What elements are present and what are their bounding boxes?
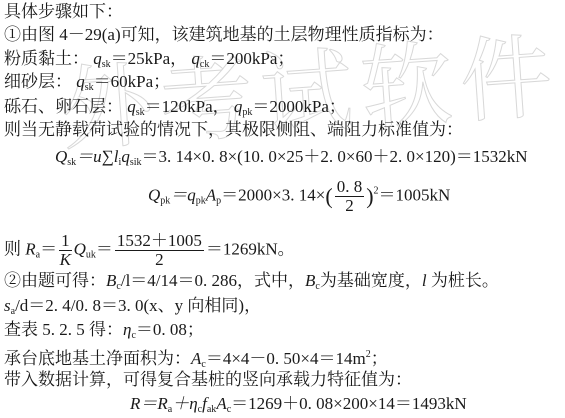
fraction: 0. 82 [335,178,365,215]
step2-line3: 查表 5. 2. 5 得：ηc＝0. 08； [4,319,204,347]
equation-qpk: Qpk＝qpkAp＝2000×3. 14×(0. 82)2＝1005kN [148,178,450,215]
equation-r: R＝Ra＋ηcfakAc＝1269＋0. 08×200×14＝1493kN [130,393,467,418]
fraction: 1K [59,232,72,269]
equation-ra: 则 Ra＝1KQuk＝1532＋10052＝1269kN。 [4,232,295,269]
step2-line5: 带入数据计算，可得复合基桩的竖向承载力特征值为： [4,369,412,391]
condition-text: 则当无静载荷试验的情况下，其极限侧阻、端阻力标准值为： [4,119,463,141]
layer-fine-sand: 细砂层： qsk＝60kPa； [4,71,170,99]
step2-line1: ②由题可得：Bc/l＝4/14＝0. 286，式中，Bc为基础宽度，l 为桩长。 [4,270,499,298]
heading: 具体步骤如下： [4,1,123,23]
step1-intro: ①由图 4－29(a)可知，该建筑地基的土层物理性质指标为： [4,24,444,46]
equation-qsk: Qsk＝u∑liqsik＝3. 14×0. 8×(10. 0×25＋2. 0×6… [55,146,528,174]
fraction: 1532＋10052 [115,232,204,269]
